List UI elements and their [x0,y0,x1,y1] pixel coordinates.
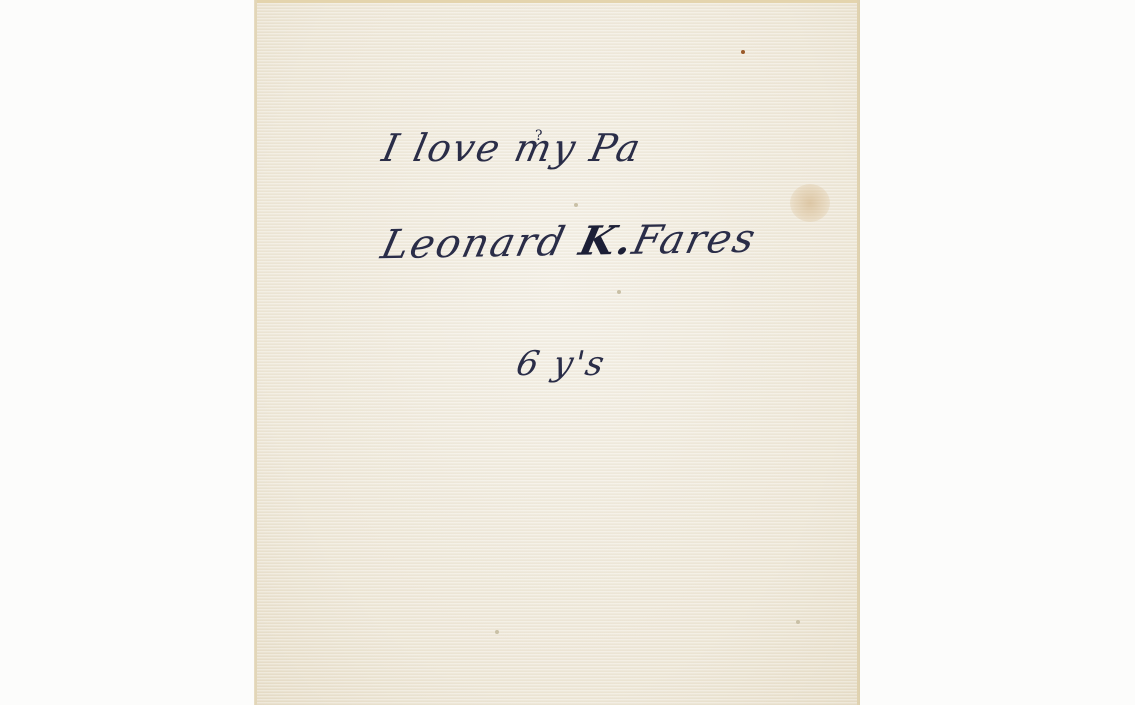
paper-sheet: ? I love my Pa Leonard K.Fares 6 y's [254,0,860,705]
handwritten-line-3-age: 6 y's [513,344,610,384]
ink-speck [741,50,745,54]
surname: Fares [628,216,761,264]
stain [790,184,830,222]
scanned-page: ? I love my Pa Leonard K.Fares 6 y's [0,0,1135,705]
handwritten-line-1: I love my Pa [378,126,646,170]
first-name: Leonard [377,219,586,268]
dust-speck [495,630,499,634]
dust-speck [574,203,578,207]
dust-speck [796,620,800,624]
dust-speck [617,290,621,294]
handwritten-line-2: Leonard K.Fares [377,215,762,268]
